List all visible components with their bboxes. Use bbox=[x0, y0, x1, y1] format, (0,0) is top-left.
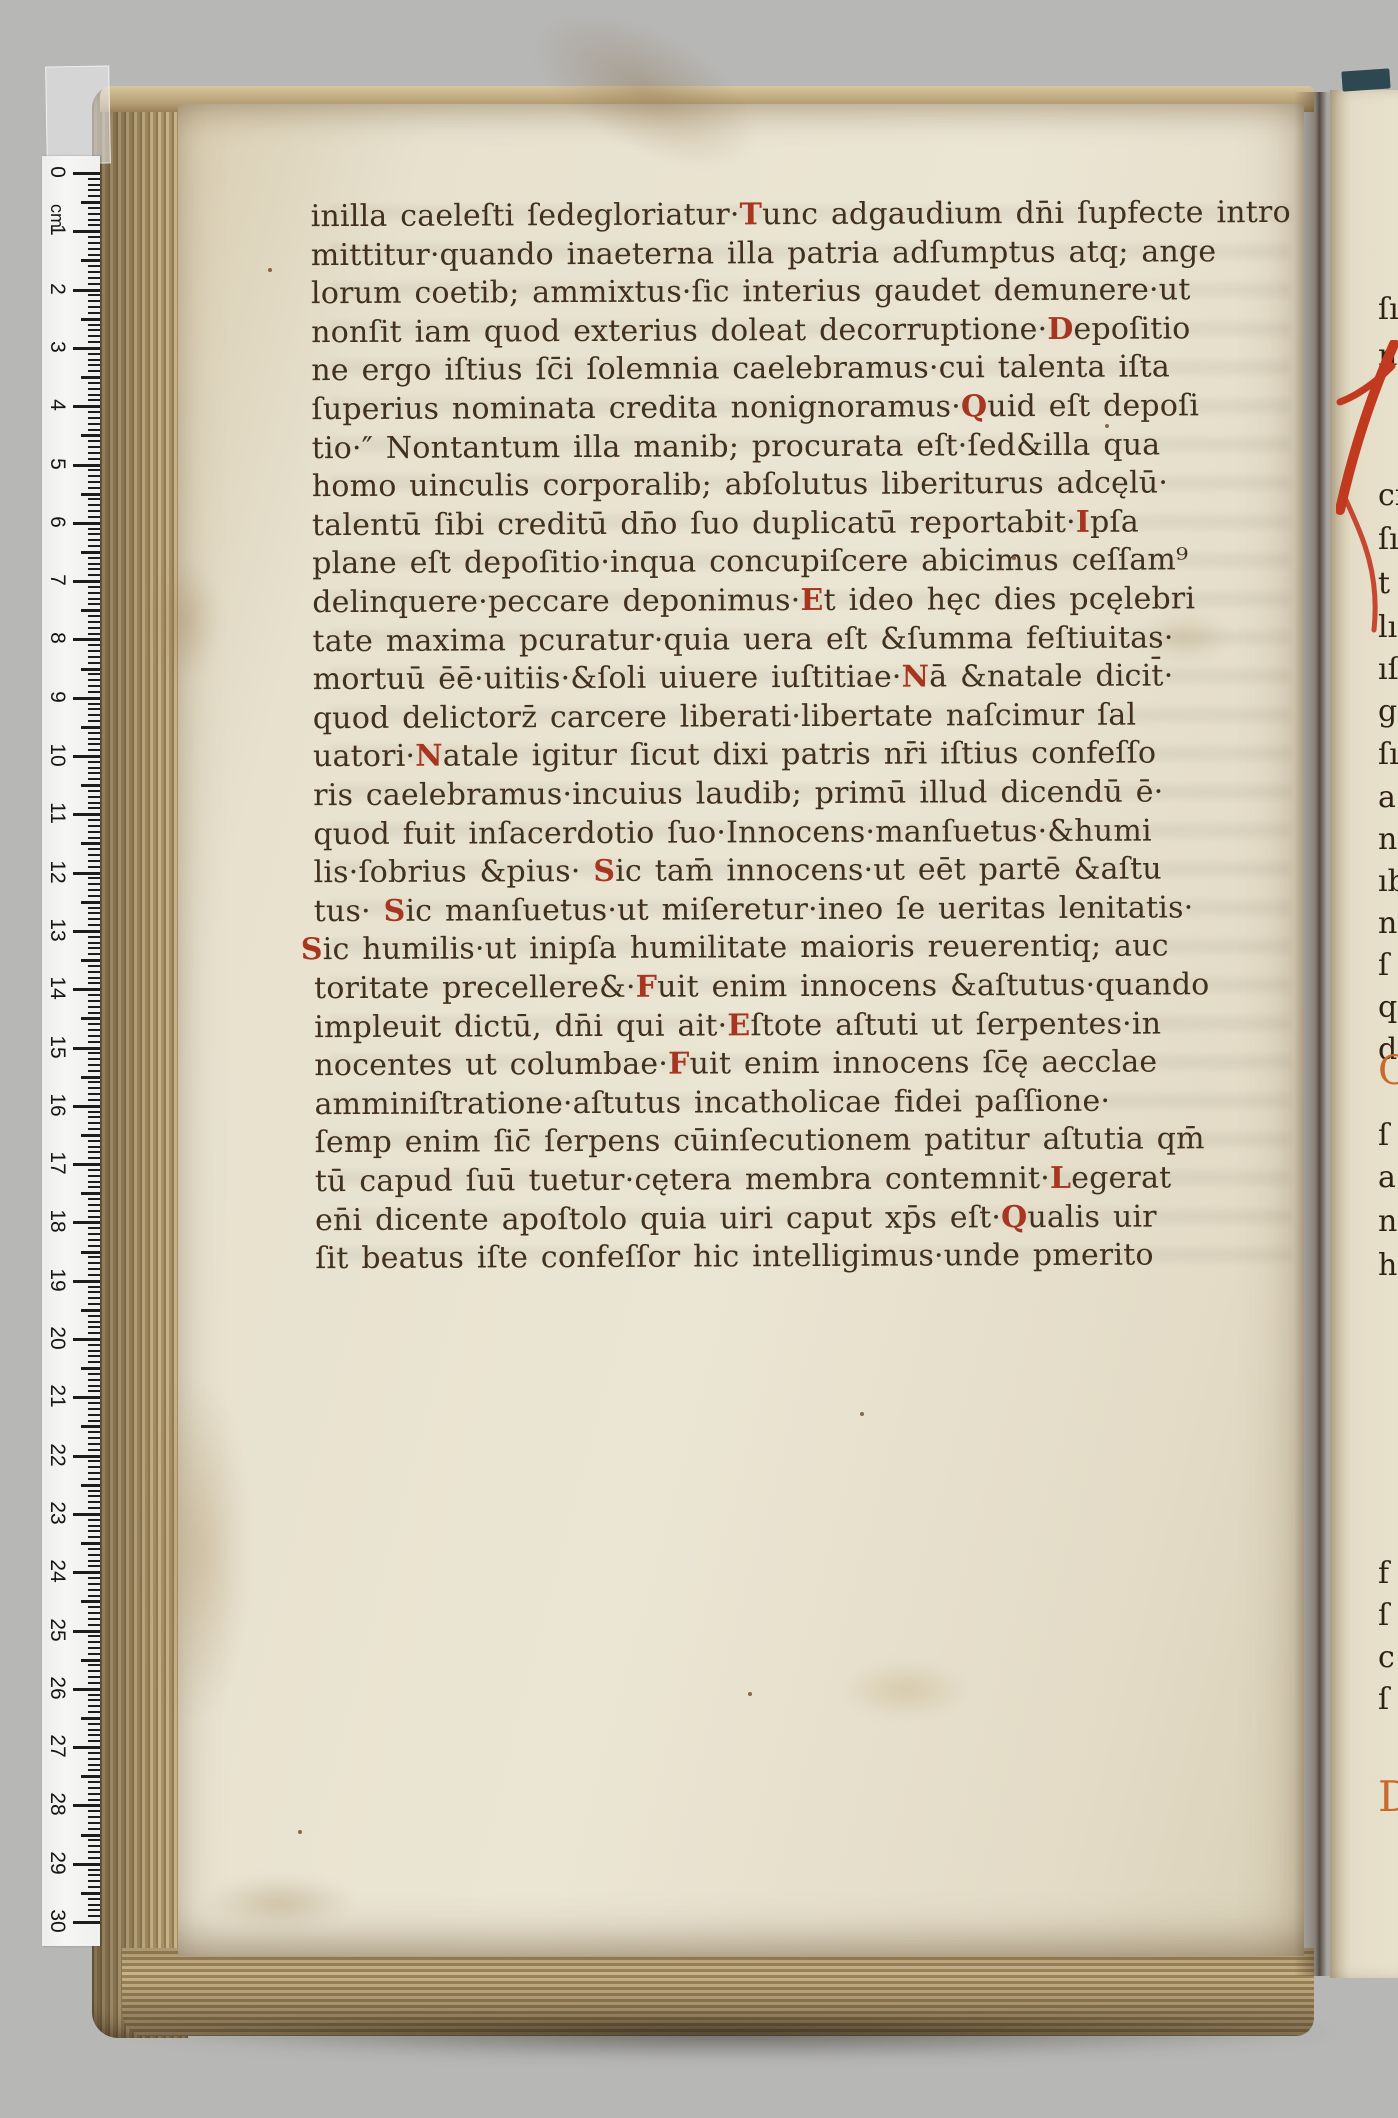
ruler-tick bbox=[88, 1093, 100, 1095]
ruler-tick bbox=[88, 487, 100, 489]
ruler-tick bbox=[88, 574, 100, 576]
ruler-tick bbox=[88, 819, 100, 821]
ruler-tick bbox=[88, 1519, 100, 1521]
ink-speck bbox=[860, 1412, 864, 1416]
ruler-tick bbox=[88, 1723, 100, 1725]
ruler-tick bbox=[88, 685, 100, 687]
ruler-tick bbox=[81, 842, 100, 845]
ruler-number: 3 bbox=[45, 334, 69, 360]
manuscript-line: impleuit dictū, dn̄i qui ait·Eſtote aſtu… bbox=[314, 1005, 1161, 1047]
ruler-tick bbox=[88, 1624, 100, 1626]
rubricated-initial: E bbox=[800, 583, 823, 618]
ruler-tick bbox=[88, 1245, 100, 1247]
rubricated-initial: S bbox=[383, 894, 405, 929]
ruler-tick bbox=[88, 703, 100, 705]
ruler-tick bbox=[88, 848, 100, 850]
ruler-tick bbox=[88, 708, 100, 710]
text-fragment: n bbox=[1378, 1204, 1397, 1239]
rubricated-initial: D bbox=[1047, 312, 1073, 347]
line-text: tio·″ Nontantum illa manib; procurata eſ… bbox=[312, 427, 1161, 466]
ruler-tick bbox=[88, 825, 100, 827]
ruler-tick bbox=[88, 1169, 100, 1171]
text-fragment: n bbox=[1378, 822, 1397, 857]
ruler-tick bbox=[88, 778, 100, 780]
ruler-tick bbox=[88, 557, 100, 559]
ruler-tick bbox=[73, 230, 100, 233]
ruler-tick bbox=[88, 837, 100, 839]
ruler-tick bbox=[88, 1874, 100, 1876]
ruler-tick bbox=[88, 1501, 100, 1503]
ruler-tick bbox=[88, 1769, 100, 1771]
ruler-tick bbox=[88, 1799, 100, 1801]
ruler-tick bbox=[88, 586, 100, 588]
ruler-tick bbox=[73, 172, 100, 175]
ruler-tick bbox=[73, 1163, 100, 1166]
manuscript-line: talentū ſibi creditū dn̄o ſuo duplicatū … bbox=[312, 503, 1139, 545]
manuscript-line: mittitur·quando inaeterna illa patria ad… bbox=[311, 233, 1217, 275]
ruler-tick bbox=[88, 603, 100, 605]
ruler-number: 6 bbox=[45, 509, 69, 535]
ruler-tick bbox=[88, 1595, 100, 1597]
ruler-tick bbox=[81, 201, 100, 204]
ruler-tick bbox=[73, 1047, 100, 1050]
ruler-tick bbox=[88, 1111, 100, 1113]
ruler-tick bbox=[88, 743, 100, 745]
line-text: uit enim innocens ſc̄ę aecclae bbox=[690, 1045, 1158, 1082]
manuscript-line: quod delictorz̄ carcere liberati·liberta… bbox=[313, 696, 1137, 738]
text-fragment: ſ bbox=[1378, 1682, 1389, 1717]
line-text: quod delictorz̄ carcere liberati·liberta… bbox=[313, 697, 1137, 736]
ruler-tick bbox=[81, 1484, 100, 1487]
manuscript-line: ſit beatus iſte confeſſor hic intelligim… bbox=[315, 1237, 1154, 1279]
line-text: nonſit iam quod exterius doleat decorrup… bbox=[311, 312, 1047, 350]
rubricated-initial: N bbox=[902, 660, 930, 695]
ink-speck bbox=[748, 1692, 752, 1696]
ruler-tick bbox=[73, 697, 100, 700]
ruler-number: 23 bbox=[45, 1500, 69, 1526]
ruler-number: 24 bbox=[45, 1558, 69, 1584]
ruler-number: 4 bbox=[45, 392, 69, 418]
line-text: talentū ſibi creditū dn̄o ſuo duplicatū … bbox=[312, 505, 1076, 543]
ruler-tick bbox=[88, 1565, 100, 1567]
line-text: epoſitio bbox=[1073, 311, 1190, 347]
ruler-tick bbox=[88, 982, 100, 984]
ruler-tick bbox=[88, 790, 100, 792]
ruler-number: 15 bbox=[45, 1034, 69, 1060]
rubricated-initial: L bbox=[1050, 1161, 1071, 1196]
ruler-tick bbox=[73, 522, 100, 525]
ruler-tick bbox=[88, 977, 100, 979]
ruler-tick bbox=[88, 714, 100, 716]
ruler-tick bbox=[88, 178, 100, 180]
ruler-tick bbox=[88, 545, 100, 547]
ruler-tick bbox=[88, 533, 100, 535]
line-text: plane eſt depoſitio·inqua concupiſcere a… bbox=[312, 543, 1188, 582]
ruler-tick bbox=[88, 860, 100, 862]
ruler-number: 5 bbox=[45, 451, 69, 477]
ruler-tick bbox=[88, 907, 100, 909]
ruler-tick bbox=[81, 901, 100, 904]
ruler-tick bbox=[88, 1437, 100, 1439]
ruler-tick bbox=[88, 1064, 100, 1066]
ruler-tick bbox=[88, 394, 100, 396]
ruler-tick bbox=[88, 1239, 100, 1241]
line-text: inilla caeleſti ſedegloriatur· bbox=[311, 197, 740, 234]
ruler-tick bbox=[88, 498, 100, 500]
ruler-tick bbox=[88, 1752, 100, 1754]
ruler-tick bbox=[81, 1309, 100, 1312]
ruler-tick bbox=[88, 329, 100, 331]
ruler-tick bbox=[88, 1268, 100, 1270]
ruler-tick bbox=[88, 1140, 100, 1142]
manuscript-line: mortuū ēē·uitiis·&ſoli uiuere iuſtitiae·… bbox=[313, 658, 1174, 700]
ink-speck bbox=[268, 268, 272, 272]
ruler-tick bbox=[88, 528, 100, 530]
ruler-tick bbox=[88, 796, 100, 798]
ruler-tick bbox=[88, 510, 100, 512]
manuscript-line: delinquere·peccare deponimus·Et ideo hęc… bbox=[312, 580, 1195, 622]
ruler-tick bbox=[88, 1507, 100, 1509]
ruler-tick bbox=[88, 481, 100, 483]
ruler-tick bbox=[88, 1449, 100, 1451]
ruler-tick bbox=[81, 1425, 100, 1428]
ruler-tick bbox=[81, 784, 100, 787]
ruler-tick bbox=[88, 1816, 100, 1818]
ruler-tick bbox=[88, 382, 100, 384]
ruler-tick bbox=[88, 207, 100, 209]
ruler-tick bbox=[88, 936, 100, 938]
ruler-number: 30 bbox=[45, 1908, 69, 1934]
ruler-tick bbox=[88, 370, 100, 372]
ruler-tick bbox=[88, 1682, 100, 1684]
ruler-tick bbox=[88, 1647, 100, 1649]
manuscript-line: amminiſtratione·aſtutus incatholicae fid… bbox=[314, 1083, 1110, 1124]
ruler-tick bbox=[88, 942, 100, 944]
ruler-number: 10 bbox=[45, 742, 69, 768]
ruler-tick bbox=[81, 1717, 100, 1720]
text-fragment: c bbox=[1378, 1640, 1395, 1675]
ruler-number: 12 bbox=[45, 859, 69, 885]
ruler-tick bbox=[88, 621, 100, 623]
ruler-tick bbox=[88, 673, 100, 675]
text-fragment: O bbox=[1378, 1048, 1398, 1094]
ruler-number: 11 bbox=[45, 800, 69, 826]
text-fragment: ſı bbox=[1378, 737, 1398, 772]
line-text: mortuū ēē·uitiis·&ſoli uiuere iuſtitiae· bbox=[313, 660, 902, 698]
line-text: atale igitur ſicut dixi patris nr̄i iſti… bbox=[443, 736, 1156, 774]
ruler-tick bbox=[88, 947, 100, 949]
ruler-tick bbox=[73, 1804, 100, 1807]
ruler-tick bbox=[81, 1367, 100, 1370]
ruler-tick bbox=[88, 1099, 100, 1101]
book-shadow bbox=[110, 2020, 1350, 2060]
ruler-tick bbox=[81, 1600, 100, 1603]
ruler-tick bbox=[88, 1787, 100, 1789]
ruler-tick bbox=[88, 189, 100, 191]
ruler-tick bbox=[88, 324, 100, 326]
ruler-tick bbox=[88, 236, 100, 238]
ruler-tick bbox=[88, 1175, 100, 1177]
ruler-number: 27 bbox=[45, 1733, 69, 1759]
ruler-tick bbox=[88, 1560, 100, 1562]
line-text: ic humilis·ut inipſa humilitate maioris … bbox=[323, 929, 1169, 968]
ruler-tick bbox=[88, 224, 100, 226]
ruler-tick bbox=[88, 1122, 100, 1124]
ruler-tick bbox=[73, 1863, 100, 1866]
ruler-tick bbox=[88, 1379, 100, 1381]
line-text: mittitur·quando inaeterna illa patria ad… bbox=[311, 234, 1217, 273]
ruler-tick bbox=[88, 1810, 100, 1812]
manuscript-line: tū capud ſuū tuetur·cętera membra contem… bbox=[315, 1159, 1172, 1201]
ruler-tick bbox=[88, 1758, 100, 1760]
ruler-tick bbox=[73, 1221, 100, 1224]
text-fragment: n bbox=[1378, 906, 1397, 941]
ruler-tick bbox=[88, 732, 100, 734]
ruler-number: 0 bbox=[45, 159, 69, 185]
ruler-tick bbox=[81, 1775, 100, 1778]
ruler-tick bbox=[88, 1670, 100, 1672]
ruler-tick bbox=[88, 1822, 100, 1824]
line-text: quod fuit inſacerdotio ſuo·Innocens·manſ… bbox=[313, 813, 1152, 852]
ruler-tick bbox=[88, 1606, 100, 1608]
text-fragment: D bbox=[1378, 1772, 1398, 1821]
ruler-tick bbox=[88, 1490, 100, 1492]
manuscript-line: uatori·Natale igitur ſicut dixi patris n… bbox=[313, 735, 1156, 777]
line-text: unc adgaudium dn̄i ſupfecte intro bbox=[762, 195, 1291, 232]
ruler-tick bbox=[88, 1256, 100, 1258]
ruler-tick bbox=[88, 1070, 100, 1072]
ruler-tick bbox=[88, 1536, 100, 1538]
ruler-tick bbox=[88, 1262, 100, 1264]
ruler-tick bbox=[73, 872, 100, 875]
ruler-tick bbox=[88, 1699, 100, 1701]
text-block: inilla caeleſti ſedegloriatur·Tunc adgau… bbox=[311, 194, 1316, 1308]
ruler-tick bbox=[88, 1904, 100, 1906]
ruler-tick bbox=[88, 1373, 100, 1375]
ruler-tick bbox=[88, 889, 100, 891]
ruler-number: 16 bbox=[45, 1092, 69, 1118]
ruler-tick bbox=[88, 1729, 100, 1731]
ruler-tick bbox=[88, 1402, 100, 1404]
ruler-tick bbox=[81, 959, 100, 962]
manuscript-line: lis·ſobrius &pius· Sic tam̄ innocens·ut … bbox=[313, 851, 1161, 893]
ruler-number: 19 bbox=[45, 1267, 69, 1293]
ruler-tick bbox=[73, 1105, 100, 1108]
ruler-tick bbox=[88, 1000, 100, 1002]
ruler-tick bbox=[88, 627, 100, 629]
ruler-tick bbox=[88, 1321, 100, 1323]
manuscript-line: tio·″ Nontantum illa manib; procurata eſ… bbox=[312, 426, 1161, 468]
ruler-tick bbox=[88, 1297, 100, 1299]
ruler-tick bbox=[88, 1694, 100, 1696]
ruler-tick bbox=[88, 1845, 100, 1847]
line-text: ris caelebramus·incuius laudib; primū il… bbox=[313, 774, 1163, 813]
right-page-fragments: ſıncıſıtlııſgſıanıbnſqdOſanhfſcſD bbox=[1330, 0, 1398, 2118]
ruler-tick bbox=[81, 726, 100, 729]
ruler-tick bbox=[81, 1017, 100, 1020]
ruler-tick bbox=[88, 1186, 100, 1188]
manuscript-line: nocentes ut columbae·Fuit enim innocens … bbox=[314, 1044, 1157, 1086]
line-text: ic tam̄ innocens·ut eēt partē &aſtu bbox=[615, 852, 1162, 889]
ruler-tick bbox=[73, 580, 100, 583]
line-text: delinquere·peccare deponimus· bbox=[312, 583, 800, 620]
manuscript-line: Sic humilis·ut inipſa humilitate maioris… bbox=[301, 928, 1169, 970]
line-text: pſa bbox=[1090, 504, 1139, 539]
ruler-number: 2 bbox=[45, 276, 69, 302]
ruler-tick bbox=[88, 1495, 100, 1497]
ruler-tick bbox=[88, 1023, 100, 1025]
manuscript-line: inilla caeleſti ſedegloriatur·Tunc adgau… bbox=[311, 194, 1291, 236]
ink-speck bbox=[298, 1830, 302, 1834]
ruler-tick bbox=[88, 446, 100, 448]
ruler-tick bbox=[88, 592, 100, 594]
ruler-tick bbox=[73, 1630, 100, 1633]
ruler-tick bbox=[88, 1315, 100, 1317]
line-text: lorum coetib; ammixtus·ſic interius gaud… bbox=[311, 273, 1191, 312]
line-text: ualis uir bbox=[1027, 1199, 1157, 1235]
ruler-tick bbox=[88, 1286, 100, 1288]
rubricated-initial: F bbox=[636, 970, 658, 1005]
ruler-tick bbox=[88, 1589, 100, 1591]
ruler-tick bbox=[88, 1764, 100, 1766]
rubricated-initial: F bbox=[668, 1047, 690, 1082]
ruler-tick bbox=[88, 953, 100, 955]
ruler-tick bbox=[73, 464, 100, 467]
ruler-tick bbox=[88, 184, 100, 186]
ruler-tick bbox=[88, 883, 100, 885]
ruler-tick bbox=[88, 1414, 100, 1416]
ruler-tick bbox=[81, 609, 100, 612]
ruler-tick bbox=[88, 679, 100, 681]
plastic-sleeve bbox=[45, 65, 111, 164]
line-text: ſemp enim ſic̄ ſerpens cūinſecutionem pa… bbox=[315, 1122, 1205, 1161]
ruler-number: 18 bbox=[45, 1208, 69, 1234]
manuscript-line: tus· Sic manſuetus·ut miſeretur·ineo ſe … bbox=[314, 889, 1194, 931]
ruler-tick bbox=[88, 1052, 100, 1054]
ruler-tick bbox=[88, 458, 100, 460]
ruler-number: 20 bbox=[45, 1325, 69, 1351]
line-text: ic manſuetus·ut miſeretur·ineo ſe uerita… bbox=[405, 890, 1193, 928]
ruler-tick bbox=[88, 1781, 100, 1783]
rubricated-initial: E bbox=[727, 1008, 750, 1043]
text-fragment: q bbox=[1378, 990, 1397, 1025]
ruler-tick bbox=[88, 738, 100, 740]
ruler-tick bbox=[88, 1851, 100, 1853]
line-text: en̄i dicente apoſtolo quia uiri caput xp… bbox=[315, 1200, 1001, 1238]
ruler-number: 13 bbox=[45, 917, 69, 943]
rubricated-initial: T bbox=[740, 197, 763, 232]
line-text: egerat bbox=[1071, 1160, 1171, 1195]
ruler-number: 17 bbox=[45, 1150, 69, 1176]
ruler-tick bbox=[88, 895, 100, 897]
ruler-tick bbox=[81, 493, 100, 496]
ruler-tick bbox=[73, 1921, 100, 1924]
ruler-tick bbox=[88, 1303, 100, 1305]
ruler-tick bbox=[88, 1274, 100, 1276]
ruler-tick bbox=[88, 1006, 100, 1008]
ruler-tick bbox=[88, 720, 100, 722]
ruler-tick bbox=[81, 434, 100, 437]
ruler-tick bbox=[73, 405, 100, 408]
ruler-tick bbox=[88, 633, 100, 635]
red-initial-flourish bbox=[1336, 340, 1398, 650]
ruler-tick bbox=[88, 1653, 100, 1655]
ruler-tick bbox=[88, 388, 100, 390]
ruler-tick bbox=[88, 1793, 100, 1795]
ruler-tick bbox=[88, 1548, 100, 1550]
ruler-tick bbox=[88, 1116, 100, 1118]
ruler-tick bbox=[88, 423, 100, 425]
ruler-tick bbox=[88, 1355, 100, 1357]
ruler-tick bbox=[88, 1151, 100, 1153]
ruler-tick bbox=[81, 259, 100, 262]
ruler-tick bbox=[88, 504, 100, 506]
manuscript-line: ris caelebramus·incuius laudib; primū il… bbox=[313, 773, 1163, 815]
ruler-tick bbox=[88, 1734, 100, 1736]
ruler-unit-label: cm bbox=[45, 203, 69, 229]
ruler-tick bbox=[88, 1857, 100, 1859]
ruler-tick bbox=[73, 1455, 100, 1458]
manuscript-line: lorum coetib; ammixtus·ſic interius gaud… bbox=[311, 272, 1191, 314]
ruler-number: 28 bbox=[45, 1791, 69, 1817]
ruler-tick bbox=[88, 1035, 100, 1037]
ruler-tick bbox=[88, 277, 100, 279]
line-text: ne ergo iſtius ſc̄i ſolemnia caelebramus… bbox=[311, 350, 1170, 389]
line-text: homo uinculis corporalib; abſolutus libe… bbox=[312, 466, 1168, 505]
ruler-tick bbox=[88, 440, 100, 442]
ruler-tick bbox=[88, 516, 100, 518]
ruler-tick bbox=[73, 289, 100, 292]
ruler-tick bbox=[88, 1198, 100, 1200]
ruler-tick bbox=[88, 1216, 100, 1218]
ruler-tick bbox=[88, 1390, 100, 1392]
ruler-tick bbox=[88, 650, 100, 652]
ruler-tick bbox=[88, 1898, 100, 1900]
ruler-tick bbox=[88, 1880, 100, 1882]
text-fragment: a bbox=[1378, 780, 1396, 815]
ruler-tick bbox=[88, 1157, 100, 1159]
ruler-tick bbox=[88, 364, 100, 366]
ruler-tick bbox=[81, 551, 100, 554]
ruler-tick bbox=[73, 930, 100, 933]
ruler-tick bbox=[88, 772, 100, 774]
ruler-tick bbox=[88, 1525, 100, 1527]
line-text: ā &natale dicit̄· bbox=[929, 659, 1173, 695]
ruler-tick bbox=[88, 271, 100, 273]
ruler-tick bbox=[73, 1338, 100, 1341]
ruler-tick bbox=[88, 749, 100, 751]
ruler-tick bbox=[88, 1332, 100, 1334]
ruler-tick bbox=[88, 924, 100, 926]
ruler-tick bbox=[88, 1181, 100, 1183]
ruler-tick bbox=[88, 1711, 100, 1713]
ruler-tick bbox=[88, 1227, 100, 1229]
ruler-tick bbox=[88, 429, 100, 431]
ruler-tick bbox=[81, 1834, 100, 1837]
ruler-tick bbox=[88, 912, 100, 914]
ruler-tick bbox=[88, 1664, 100, 1666]
ruler-tick bbox=[88, 598, 100, 600]
ruler-tick bbox=[73, 813, 100, 816]
ruler-tick bbox=[88, 1554, 100, 1556]
ruler-tick bbox=[88, 866, 100, 868]
ruler-tick bbox=[88, 971, 100, 973]
ruler-tick bbox=[88, 1361, 100, 1363]
ruler-tick bbox=[73, 1688, 100, 1691]
manuscript-line: en̄i dicente apoſtolo quia uiri caput xp… bbox=[315, 1198, 1157, 1240]
ruler-tick bbox=[88, 1583, 100, 1585]
ruler-tick bbox=[88, 1041, 100, 1043]
